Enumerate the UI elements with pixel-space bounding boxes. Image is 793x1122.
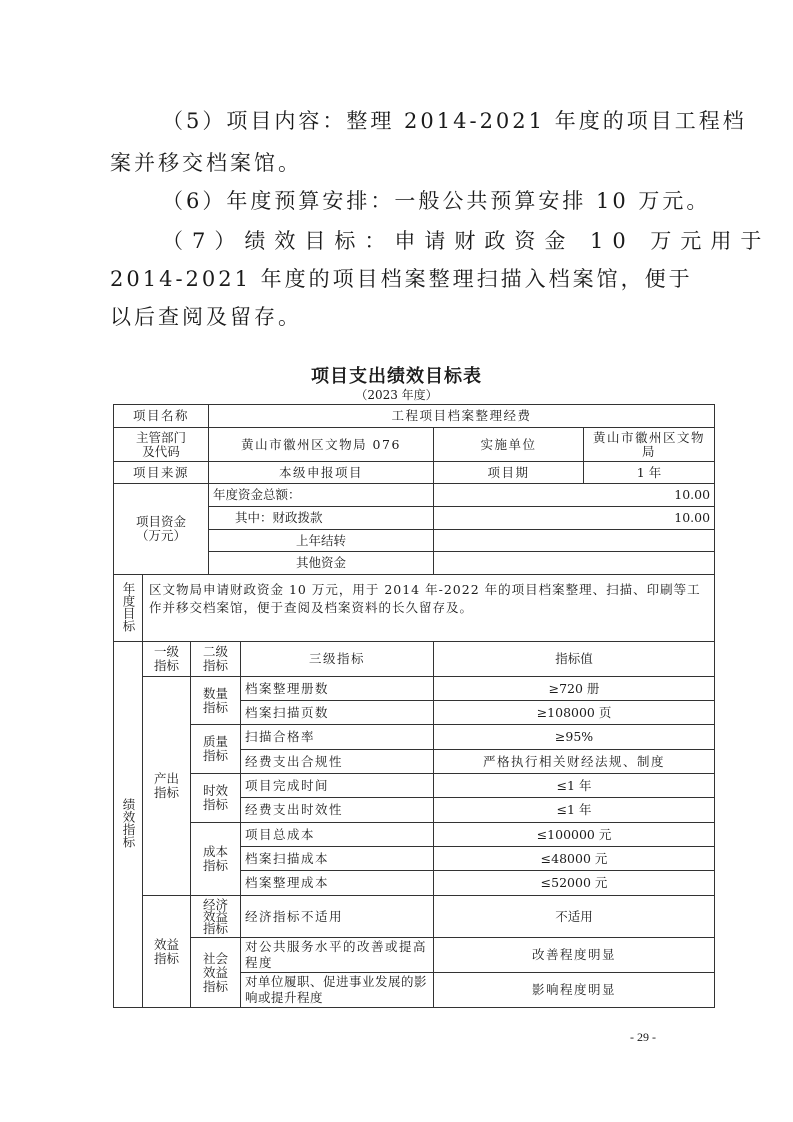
benefit-label: 效益 指标	[143, 896, 191, 1008]
group-timeliness-line1: 时效	[195, 784, 236, 798]
table-row: 项目资金 （万元） 年度资金总额： 10.00	[114, 484, 715, 507]
para-5-line1: （5）项目内容：整理 2014-2021 年度的项目工程档	[110, 108, 670, 134]
group-quality: 质量 指标	[191, 725, 241, 774]
benefit-label-line2: 指标	[147, 952, 186, 966]
benefit-label-line1: 效益	[147, 938, 186, 952]
goal-text: 区文物局申请财政资金 10 万元，用于 2014 年-2022 年的项目档案整理…	[143, 575, 715, 642]
header-value: 指标值	[434, 642, 715, 677]
page-number: - 29 -	[630, 1030, 656, 1045]
group-social: 社会 效益 指标	[191, 938, 241, 1008]
fund-carryover-value	[434, 530, 715, 552]
para-7-line3: 以后查阅及留存。	[110, 304, 670, 330]
table-title: 项目支出绩效目标表	[0, 362, 793, 388]
header-level3: 三级指标	[241, 642, 434, 677]
indicator-name: 对单位履职、促进事业发展的影响或提升程度	[241, 973, 434, 1008]
table-row: 绩效指标 一级 指标 二级 指标 三级指标 指标值	[114, 642, 715, 677]
header-level1: 一级 指标	[143, 642, 191, 677]
perf-label: 绩效指标	[114, 642, 143, 1008]
impl-label: 实施单位	[434, 428, 584, 462]
indicator-value: 改善程度明显	[434, 938, 715, 973]
group-quantity: 数量 指标	[191, 677, 241, 725]
group-cost-line2: 指标	[195, 859, 236, 873]
funds-label-line1: 项目资金	[118, 515, 204, 529]
table-row: 年度目标 区文物局申请财政资金 10 万元，用于 2014 年-2022 年的项…	[114, 575, 715, 642]
goal-label: 年度目标	[114, 575, 143, 642]
funds-label-line2: （万元）	[118, 529, 204, 543]
indicator-name: 经济指标不适用	[241, 896, 434, 938]
performance-target-table: 项目名称 工程项目档案整理经费 主管部门 及代码 黄山市徽州区文物局 076 实…	[113, 404, 715, 1008]
output-label-line1: 产出	[147, 772, 186, 786]
para-7-line1: （7）绩效目标：申请财政资金 10 万元用于	[110, 228, 670, 254]
table-row: 质量 指标 扫描合格率 ≥95%	[114, 725, 715, 750]
indicator-value: ≥720 册	[434, 677, 715, 701]
indicator-name: 档案扫描成本	[241, 847, 434, 871]
source-value: 本级申报项目	[209, 462, 434, 484]
indicator-value: 影响程度明显	[434, 973, 715, 1008]
dept-label: 主管部门 及代码	[114, 428, 209, 462]
table-row: 主管部门 及代码 黄山市徽州区文物局 076 实施单位 黄山市徽州区文物局	[114, 428, 715, 462]
table-row: 项目来源 本级申报项目 项目期 1 年	[114, 462, 715, 484]
indicator-name: 项目完成时间	[241, 774, 434, 798]
group-cost-line1: 成本	[195, 845, 236, 859]
indicator-name: 项目总成本	[241, 823, 434, 847]
indicator-value: ≤48000 元	[434, 847, 715, 871]
indicator-value: ≤1 年	[434, 774, 715, 798]
group-timeliness: 时效 指标	[191, 774, 241, 823]
indicator-value: 不适用	[434, 896, 715, 938]
indicator-name: 对公共服务水平的改善或提高程度	[241, 938, 434, 973]
group-quality-line1: 质量	[195, 735, 236, 749]
table-row: 项目名称 工程项目档案整理经费	[114, 405, 715, 428]
group-economic-line3: 指标	[195, 923, 236, 935]
group-economic: 经济 效益 指标	[191, 896, 241, 938]
para-5-line2: 案并移交档案馆。	[110, 150, 670, 176]
fund-fiscal-label: 其中：财政拨款	[209, 507, 434, 530]
goal-label-text: 年度目标	[121, 582, 135, 632]
impl-value: 黄山市徽州区文物局	[584, 428, 715, 462]
group-quality-line2: 指标	[195, 749, 236, 763]
funds-label: 项目资金 （万元）	[114, 484, 209, 575]
group-quantity-line1: 数量	[195, 687, 236, 701]
group-social-line2: 效益	[195, 966, 236, 980]
fund-total-value: 10.00	[434, 484, 715, 507]
table-row: 社会 效益 指标 对公共服务水平的改善或提高程度 改善程度明显	[114, 938, 715, 973]
fund-total-label: 年度资金总额：	[209, 484, 434, 507]
header-level1-line2: 指标	[147, 659, 186, 673]
indicator-name: 经费支出时效性	[241, 798, 434, 823]
dept-label-line1: 主管部门	[118, 431, 204, 445]
fund-carryover-label: 上年结转	[209, 530, 434, 552]
group-cost: 成本 指标	[191, 823, 241, 896]
fund-fiscal-value: 10.00	[434, 507, 715, 530]
group-social-line3: 指标	[195, 980, 236, 994]
indicator-value: ≤100000 元	[434, 823, 715, 847]
project-name-label: 项目名称	[114, 405, 209, 428]
output-label-line2: 指标	[147, 786, 186, 800]
table-row: 成本 指标 项目总成本 ≤100000 元	[114, 823, 715, 847]
header-level2-line1: 二级	[195, 645, 236, 659]
header-level1-line1: 一级	[147, 645, 186, 659]
output-label: 产出 指标	[143, 677, 191, 896]
indicator-value: 严格执行相关财经法规、制度	[434, 750, 715, 774]
indicator-value: ≥108000 页	[434, 701, 715, 725]
indicator-value: ≤1 年	[434, 798, 715, 823]
indicator-name: 经费支出合规性	[241, 750, 434, 774]
project-name-value: 工程项目档案整理经费	[209, 405, 715, 428]
group-social-line1: 社会	[195, 952, 236, 966]
indicator-name: 扫描合格率	[241, 725, 434, 750]
group-timeliness-line2: 指标	[195, 798, 236, 812]
perf-label-text: 绩效指标	[121, 798, 135, 848]
table-row: 产出 指标 数量 指标 档案整理册数 ≥720 册	[114, 677, 715, 701]
fund-other-label: 其他资金	[209, 552, 434, 575]
period-value: 1 年	[584, 462, 715, 484]
header-level2: 二级 指标	[191, 642, 241, 677]
table-subtitle: （2023 年度）	[0, 386, 793, 403]
fund-other-value	[434, 552, 715, 575]
period-label: 项目期	[434, 462, 584, 484]
table-row: 时效 指标 项目完成时间 ≤1 年	[114, 774, 715, 798]
table-row: 效益 指标 经济 效益 指标 经济指标不适用 不适用	[114, 896, 715, 938]
para-7-line2: 2014-2021 年度的项目档案整理扫描入档案馆，便于	[110, 266, 670, 292]
group-quantity-line2: 指标	[195, 701, 236, 715]
source-label: 项目来源	[114, 462, 209, 484]
indicator-name: 档案整理册数	[241, 677, 434, 701]
indicator-name: 档案整理成本	[241, 871, 434, 896]
indicator-value: ≤52000 元	[434, 871, 715, 896]
para-6-line1: （6）年度预算安排：一般公共预算安排 10 万元。	[110, 188, 670, 214]
indicator-value: ≥95%	[434, 725, 715, 750]
header-level2-line2: 指标	[195, 659, 236, 673]
dept-label-line2: 及代码	[118, 445, 204, 459]
indicator-name: 档案扫描页数	[241, 701, 434, 725]
dept-value: 黄山市徽州区文物局 076	[209, 428, 434, 462]
